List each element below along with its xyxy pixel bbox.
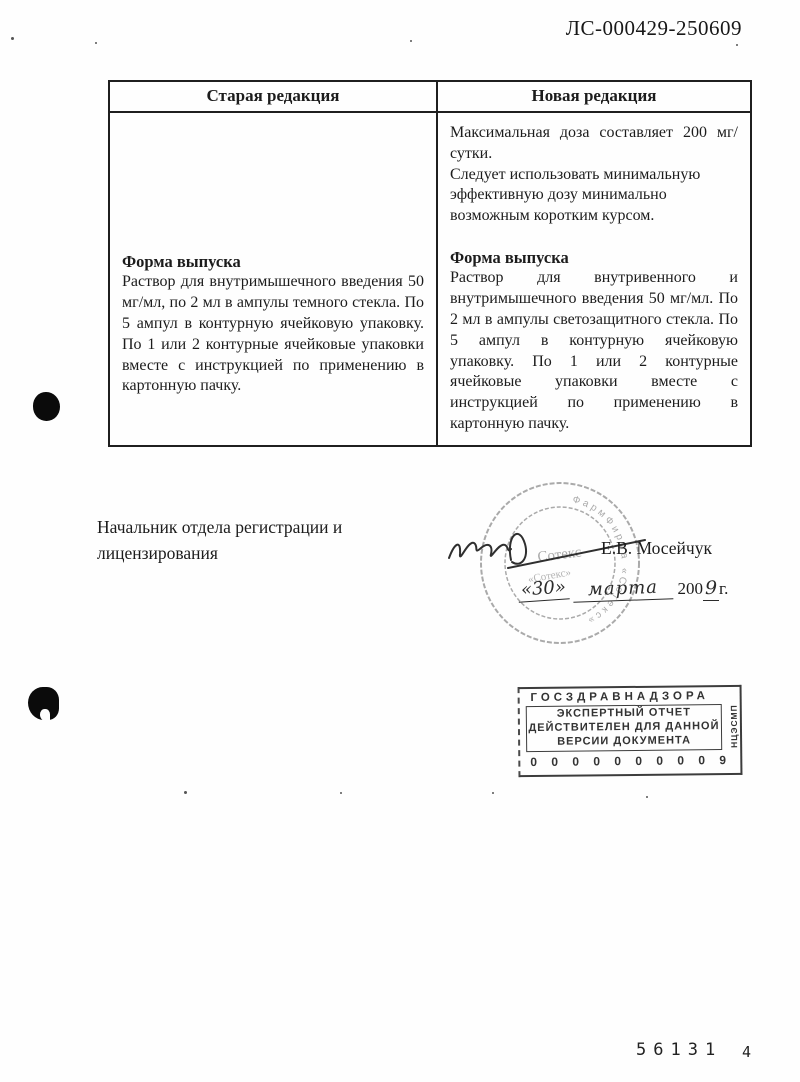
date-line: «30» марта 2009г.: [518, 577, 728, 601]
signer-title-line1: Начальник отдела регистрации и: [97, 514, 437, 540]
scan-speck: [184, 791, 187, 794]
stamp-side-abbreviation: НЦЭСМП: [729, 691, 740, 761]
stamp-statement-box: ЭКСПЕРТНЫЙ ОТЧЕТ ДЕЙСТВИТЕЛЕН ДЛЯ ДАННОЙ…: [526, 704, 722, 752]
footer-barcode-number: 56131: [636, 1040, 722, 1060]
punch-hole-mark: [33, 392, 60, 421]
paragraph-gap: [450, 227, 738, 247]
new-dose-paragraph-1: Максимальная доза составляет 200 мг/сутк…: [450, 123, 738, 165]
stamp-statement-line3: ВЕРСИИ ДОКУМЕНТА: [527, 734, 721, 750]
date-day: «30»: [517, 576, 569, 602]
scan-speck: [95, 42, 97, 44]
stamp-agency-name: ГОСЗДРАВНАДЗОРА: [520, 687, 720, 704]
date-year-printed: 200: [677, 579, 703, 598]
scan-speck: [646, 796, 648, 798]
stamp-serial-digits: 0 0 0 0 0 0 0 0 0 9: [520, 750, 740, 769]
empty-space: [122, 123, 424, 251]
scan-speck: [11, 37, 14, 40]
signer-name: Е.В. Мосейчук: [601, 538, 712, 559]
table-body-row: Форма выпуска Раствор для внутримышечног…: [109, 112, 751, 446]
scan-speck: [492, 792, 494, 794]
table-header-row: Старая редакция Новая редакция: [109, 81, 751, 112]
cell-old-edition: Форма выпуска Раствор для внутримышечног…: [109, 112, 437, 446]
scan-speck: [340, 792, 342, 794]
new-dose-paragraph-2: Следует использовать минимальную эффекти…: [450, 165, 738, 227]
new-form-title: Форма выпуска: [450, 247, 738, 268]
cell-new-edition: Максимальная доза составляет 200 мг/сутк…: [437, 112, 751, 446]
old-form-text: Раствор для внутримышечного введения 50 …: [122, 272, 424, 397]
date-year-digit: 9: [703, 577, 719, 601]
document-number: ЛС-000429-250609: [566, 16, 742, 41]
header-new-edition: Новая редакция: [437, 81, 751, 112]
stamp-statement-line2: ДЕЙСТВИТЕЛЕН ДЛЯ ДАННОЙ: [527, 720, 721, 736]
signer-title: Начальник отдела регистрации и лицензиро…: [97, 514, 437, 567]
edition-comparison-table: Старая редакция Новая редакция Форма вып…: [108, 80, 752, 447]
scan-speck: [410, 40, 412, 42]
scan-speck: [736, 44, 738, 46]
old-form-title: Форма выпуска: [122, 251, 424, 272]
date-month: марта: [573, 576, 674, 602]
date-suffix: г.: [719, 579, 728, 598]
scanned-document-page: ЛС-000429-250609 Старая редакция Новая р…: [0, 0, 800, 1082]
expertise-stamp: ГОСЗДРАВНАДЗОРА ЭКСПЕРТНЫЙ ОТЧЕТ ДЕЙСТВИ…: [518, 685, 743, 777]
new-form-text: Раствор для внутривенного и внутримышечн…: [450, 268, 738, 434]
header-old-edition: Старая редакция: [109, 81, 437, 112]
punch-hole-mark: [28, 687, 59, 720]
page-number: 4: [742, 1043, 751, 1061]
signer-title-line2: лицензирования: [97, 540, 437, 566]
